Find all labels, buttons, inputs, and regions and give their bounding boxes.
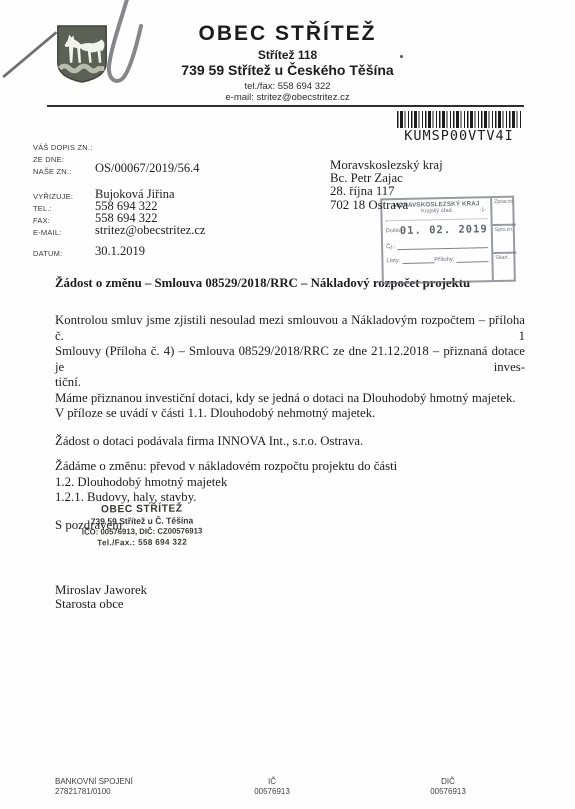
office-stamp: OBEC STŘÍTEŽ 739 59 Střítež u Č. Těšína …	[74, 502, 210, 547]
email-value: stritez@obecstritez.cz	[95, 223, 205, 238]
org-email: e-mail: stritez@obecstritez.cz	[0, 92, 575, 103]
footer-ic-value: 00576913	[232, 787, 312, 797]
received-stamp-bottom-row: Listy: Přílohy:	[386, 255, 488, 264]
barcode	[397, 111, 521, 128]
body-line: Smlouvy (Příloha č. 4) – Smlouva 08529/2…	[55, 344, 525, 375]
office-stamp-line: 739 59 Střítež u Č. Těšína	[74, 515, 210, 526]
fax-label: FAX:	[33, 216, 50, 225]
footer-dic: DIČ 00576913	[408, 777, 488, 797]
footer-dic-value: 00576913	[408, 787, 488, 797]
vyrizuje-label: VYŘIZUJE:	[33, 192, 73, 201]
cj-label: Čj.:	[386, 244, 395, 250]
office-stamp-line: IČO: 00576913, DIČ: CZ00576913	[74, 526, 210, 536]
footer-bank-label: BANKOVNÍ SPOJENÍ	[55, 777, 133, 787]
body-line: Žádáme o změnu: převod v nákladovém rozp…	[55, 459, 525, 475]
body-line: Žádost o dotaci podávala firma INNOVA In…	[55, 434, 525, 450]
prilohy-label: Přílohy:	[434, 257, 454, 263]
received-stamp-dotted-line	[385, 214, 487, 221]
received-stamp-cj-row: Čj.:	[386, 241, 488, 250]
received-date: 01. 02. 2019	[400, 223, 488, 237]
office-stamp-line: OBEC STŘÍTEŽ	[74, 502, 210, 515]
header-rule	[47, 105, 524, 107]
scanned-letter-page: OBEC STŘÍTEŽ Střítež 118 739 59 Střítež …	[0, 0, 575, 809]
received-stamp-number: -1-	[480, 207, 487, 213]
nase-zn-label: NAŠE ZN.:	[33, 167, 71, 176]
org-address-line1: Střítež 118	[0, 48, 575, 62]
org-address-line2: 739 59 Střítež u Českého Těšína	[0, 62, 575, 78]
datum-label: DATUM:	[33, 249, 62, 258]
tel-label: TEL.:	[33, 204, 52, 213]
listy-fill-line	[402, 256, 434, 264]
cj-fill-line	[397, 241, 488, 250]
paragraph-gap	[55, 422, 525, 434]
barcode-code: KUMSP00VTV4I	[392, 128, 526, 144]
zpracov-cell: Zpracov.	[492, 198, 516, 226]
received-stamp-doslo-row: Došlo 01. 02. 2019	[386, 223, 488, 237]
footer-dic-label: DIČ	[408, 777, 488, 787]
doslo-label: Došlo	[386, 228, 400, 234]
recipient-line: 28. října 117	[330, 185, 443, 198]
body-line: V příloze se uvádí v části 1.1. Dlouhodo…	[55, 406, 525, 422]
footer-bank: BANKOVNÍ SPOJENÍ 27821781/0100	[55, 777, 133, 797]
body-line: tiční.	[55, 375, 525, 391]
nase-zn-value: OS/00067/2019/56.4	[95, 161, 200, 176]
recipient-line: 702 18 Ostrava	[330, 199, 443, 212]
datum-value: 30.1.2019	[95, 244, 145, 259]
recipient-address: Moravskoslezský kraj Bc. Petr Zajac 28. …	[330, 159, 443, 212]
received-stamp-side-column: Zpracov. Spis.zn. Skart.	[490, 198, 517, 281]
signature-title: Starosta obce	[55, 597, 147, 611]
listy-label: Listy:	[386, 258, 400, 264]
org-title: OBEC STŘÍTEŽ	[0, 22, 575, 46]
body-line: Máme přiznanou investiční dotaci, kdy se…	[55, 391, 525, 407]
letter-body: Kontrolou smluv jsme zjistili nesoulad m…	[55, 313, 525, 533]
spis-zn-cell: Spis.zn.	[493, 226, 517, 254]
ze-dne-label: ZE DNE:	[33, 155, 64, 164]
signature-name: Miroslav Jaworek	[55, 583, 147, 597]
signature-block: Miroslav Jaworek Starosta obce	[55, 583, 147, 611]
skart-cell: Skart.	[493, 254, 517, 280]
email-label: E-MAIL:	[33, 228, 62, 237]
footer-ic-label: IČ	[232, 777, 312, 787]
body-line: Kontrolou smluv jsme zjistili nesoulad m…	[55, 313, 525, 344]
body-line: 1.2. Dlouhodobý hmotný majetek	[55, 475, 525, 491]
office-stamp-line: Tel./Fax.: 558 694 322	[74, 536, 210, 547]
paragraph-gap	[55, 449, 525, 459]
vas-dopis-zn-label: VÁŠ DOPIS ZN.:	[33, 143, 92, 152]
footer-bank-value: 27821781/0100	[55, 787, 133, 797]
footer-ic: IČ 00576913	[232, 777, 312, 797]
prilohy-fill-line	[456, 255, 488, 263]
org-telfax: tel./fax: 558 694 322	[0, 81, 575, 92]
